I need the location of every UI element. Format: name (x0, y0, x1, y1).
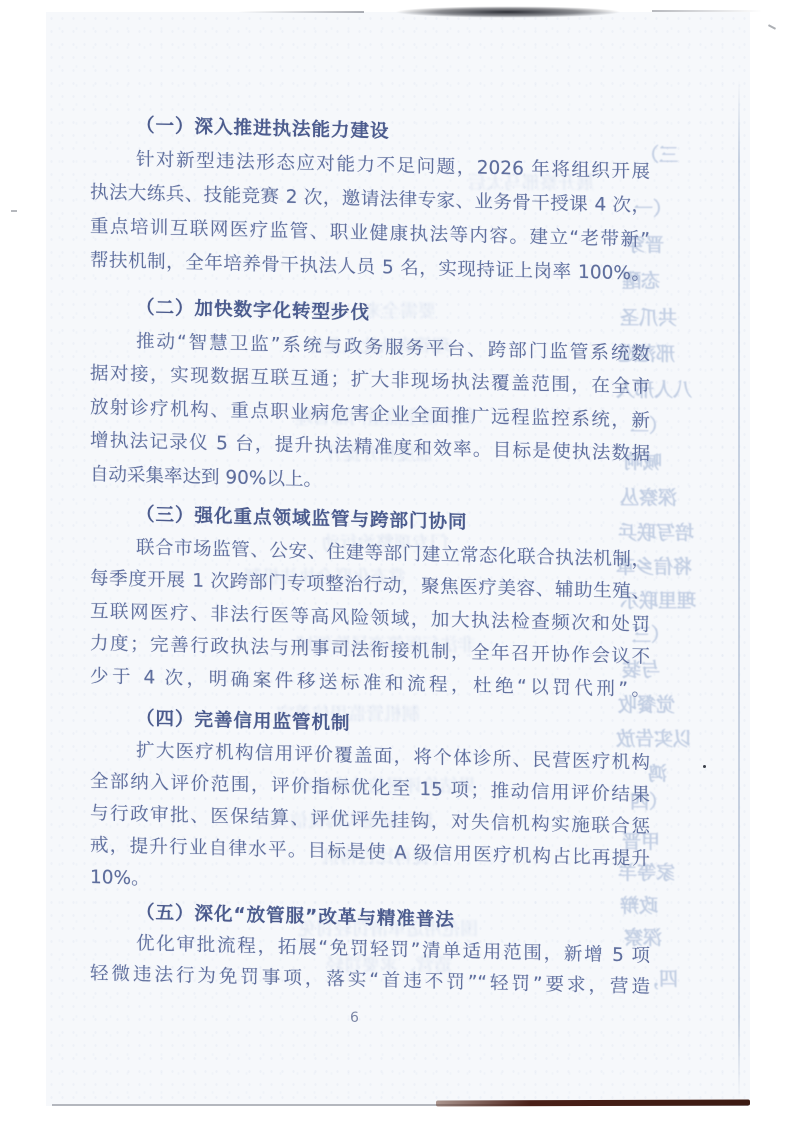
page-number: 6 (350, 1010, 359, 1026)
document-section: （五）深化“放管服”改革与精准普法 优化审批流程，拓展“免罚轻罚”清单适用范围，… (90, 896, 650, 1003)
dust-speck (11, 210, 17, 212)
scanned-document-page: 展开察邢马太后要需全来，求要罚不重头理管真认比人是好统系面全点重门部管理监度和升… (0, 0, 793, 1122)
scan-artifact-bottom-edge (436, 1099, 750, 1106)
document-section: （四）完善信用监管机制 扩大医疗机构信用评价覆盖面，将个体诊所、民营医疗机构 全… (90, 702, 650, 908)
paper-edge-line (738, 80, 740, 1100)
scan-artifact-top-edge-tail (238, 11, 364, 13)
document-section: （二）加快数字化转型步伐 推动“智慧卫监”系统与政务服务平台、跨部门监管系统数 … (90, 290, 650, 505)
document-body: （一）深入推进执法能力建设 针对新型违法形态应对能力不足问题，2026 年将组织… (90, 0, 650, 1064)
dust-speck (703, 765, 706, 768)
dust-speck (768, 24, 776, 30)
scan-artifact-top-edge (352, 4, 664, 20)
bleed-through-fragment: 鸿 (648, 759, 667, 786)
document-section: （三）强化重点领域监管与跨部门协同 联合市场监管、公安、住建等部门建立常态化联合… (90, 498, 650, 707)
document-section: （一）深入推进执法能力建设 针对新型违法形态应对能力不足问题，2026 年将组织… (90, 108, 650, 292)
scan-artifact-top-edge-tail (652, 10, 762, 12)
